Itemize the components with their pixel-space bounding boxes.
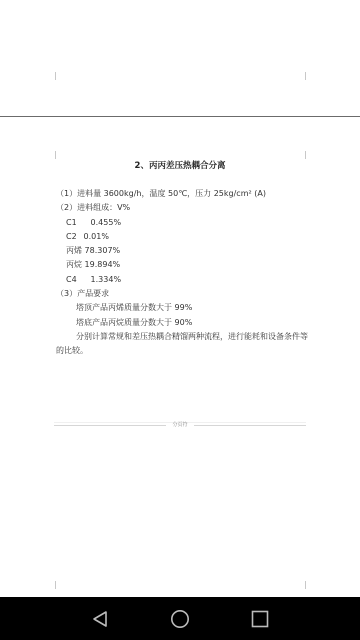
task-paragraph: 分别计算常规和差压热耦合精馏两种流程，进行能耗和设备条件等的比较。 [56, 330, 308, 359]
recents-square-icon [251, 610, 269, 628]
page-break-line-right [194, 425, 306, 426]
requirement-bottom: 塔底产品丙烷质量分数大于 90% [56, 316, 308, 330]
crop-mark-bottom-left [50, 72, 56, 80]
component-row: C2 0.01% [56, 230, 308, 244]
component-value: 0.455% [87, 218, 122, 227]
page-break-line-left [54, 425, 166, 426]
crop-mark-top-right [305, 151, 311, 159]
crop-mark-bottom-right [305, 72, 311, 80]
section-title: 2、丙丙差压热耦合分离 [0, 159, 360, 171]
document-viewer: 2、丙丙差压热耦合分离 （1）进料量 3600kg/h，温度 50℃，压力 25… [0, 0, 360, 640]
requirement-top: 塔顶产品丙烯质量分数大于 99% [56, 301, 308, 315]
component-value: 19.894% [85, 260, 121, 269]
component-name: C1 [66, 216, 84, 230]
android-navigation-bar [0, 597, 360, 640]
home-button[interactable] [168, 607, 192, 631]
home-circle-icon [170, 609, 190, 629]
composition-heading: （2）进料组成：V% [56, 201, 308, 215]
component-row: 丙烷 19.894% [56, 258, 308, 272]
back-triangle-icon [91, 610, 109, 628]
crop-mark-top-left [50, 151, 56, 159]
recents-button[interactable] [248, 607, 272, 631]
back-button[interactable] [88, 607, 112, 631]
component-name: 丙烷 [66, 260, 82, 269]
component-name: C4 [66, 273, 88, 287]
component-name: 丙烯 [66, 246, 82, 255]
feed-line: （1）进料量 3600kg/h，温度 50℃，压力 25kg/cm² (A) [56, 187, 308, 201]
document-page[interactable]: 2、丙丙差压热耦合分离 （1）进料量 3600kg/h，温度 50℃，压力 25… [0, 117, 360, 597]
component-name: C2 [66, 230, 81, 244]
component-value: 0.01% [84, 232, 109, 241]
crop-mark-bottom-right [305, 581, 311, 589]
requirements-heading: （3）产品要求 [56, 287, 308, 301]
component-value: 1.334% [91, 275, 122, 284]
component-value: 78.307% [85, 246, 121, 255]
component-row: 丙烯 78.307% [56, 244, 308, 258]
component-row: C1 0.455% [56, 216, 308, 230]
page-break-marker: 分页符 [54, 421, 306, 429]
document-body: （1）进料量 3600kg/h，温度 50℃，压力 25kg/cm² (A) （… [56, 187, 308, 359]
previous-page[interactable] [0, 0, 360, 116]
crop-mark-bottom-left [50, 581, 56, 589]
page-break-label: 分页符 [168, 421, 192, 429]
component-row: C4 1.334% [56, 273, 308, 287]
